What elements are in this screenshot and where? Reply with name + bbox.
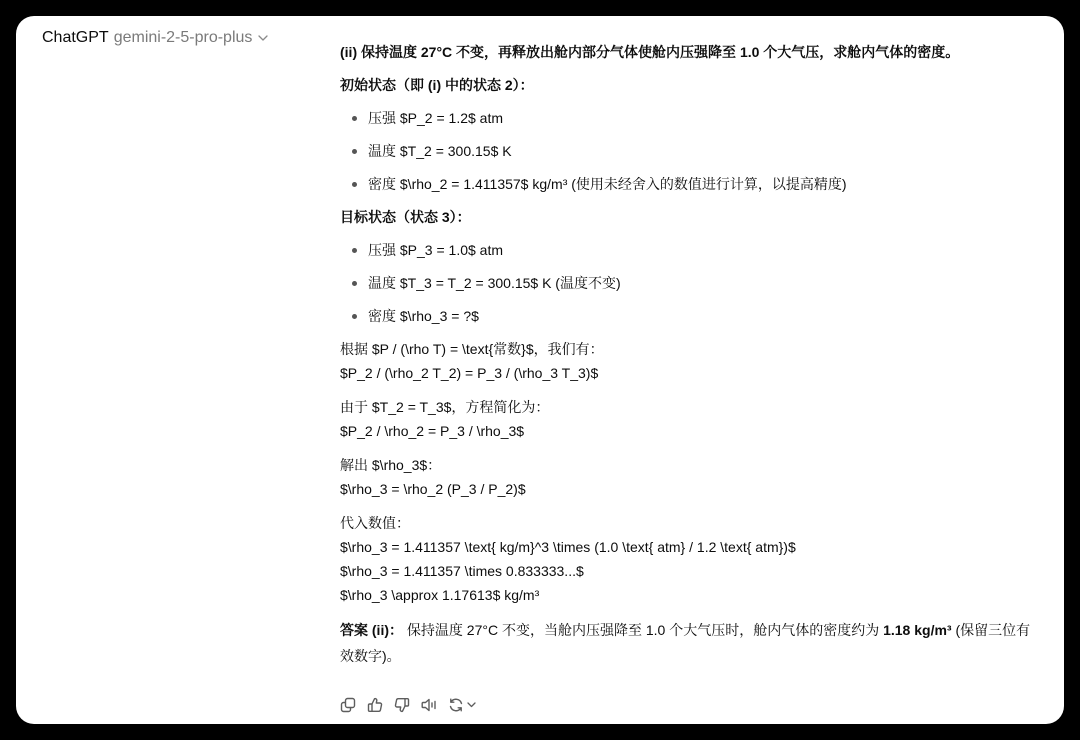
chevron-down-icon <box>258 35 268 41</box>
initial-state-list: 压强 $P_2 = 1.2$ atm 温度 $T_2 = 300.15$ K 密… <box>340 106 1040 196</box>
refresh-icon <box>448 697 464 713</box>
chat-window: ChatGPT gemini-2-5-pro-plus (ii) 保持温度 27… <box>16 16 1064 724</box>
equation-line: $\rho_3 \approx 1.17613$ kg/m³ <box>340 583 1040 607</box>
paragraph-solve: 解出 $\rho_3$： $\rho_3 = \rho_2 (P_3 / P_2… <box>340 453 1040 501</box>
target-state-heading: 目标状态（状态 3）： <box>340 205 1040 229</box>
model-name: gemini-2-5-pro-plus <box>114 29 253 47</box>
chevron-down-icon <box>467 702 476 708</box>
question-title: (ii) 保持温度 27°C 不变，再释放出舱内部分气体使舱内压强降至 1.0 … <box>340 40 1040 64</box>
model-selector[interactable]: ChatGPT gemini-2-5-pro-plus <box>42 27 268 49</box>
list-item: 密度 $\rho_2 = 1.411357$ kg/m³ (使用未经舍入的数值进… <box>340 172 1040 196</box>
text-line: 代入数值： <box>340 511 1040 535</box>
text-line: 根据 $P / (\rho T) = \text{常数}$，我们有： <box>340 337 1040 361</box>
list-item: 压强 $P_3 = 1.0$ atm <box>340 238 1040 262</box>
answer-label: 答案 (ii)： <box>340 622 403 638</box>
app-name: ChatGPT <box>42 29 109 47</box>
answer-paragraph: 答案 (ii)： 保持温度 27°C 不变，当舱内压强降至 1.0 个大气压时，… <box>340 617 1040 669</box>
assistant-message: (ii) 保持温度 27°C 不变，再释放出舱内部分气体使舱内压强降至 1.0 … <box>340 40 1040 683</box>
equation-line: $\rho_3 = \rho_2 (P_3 / P_2)$ <box>340 477 1040 501</box>
read-aloud-button[interactable] <box>421 695 448 715</box>
copy-button[interactable] <box>340 695 367 715</box>
text-line: 由于 $T_2 = T_3$，方程简化为： <box>340 395 1040 419</box>
list-item: 温度 $T_3 = T_2 = 300.15$ K (温度不变) <box>340 271 1040 295</box>
equation-line: $P_2 / (\rho_2 T_2) = P_3 / (\rho_3 T_3)… <box>340 361 1040 385</box>
target-state-list: 压强 $P_3 = 1.0$ atm 温度 $T_3 = T_2 = 300.1… <box>340 238 1040 328</box>
paragraph-substitute: 代入数值： $\rho_3 = 1.411357 \text{ kg/m}^3 … <box>340 511 1040 607</box>
equation-line: $\rho_3 = 1.411357 \text{ kg/m}^3 \times… <box>340 535 1040 559</box>
equation-line: $\rho_3 = 1.411357 \times 0.833333...$ <box>340 559 1040 583</box>
text-line: 解出 $\rho_3$： <box>340 453 1040 477</box>
answer-text: 保持温度 27°C 不变，当舱内压强降至 1.0 个大气压时，舱内气体的密度约为 <box>403 622 883 638</box>
paragraph-relation: 根据 $P / (\rho T) = \text{常数}$，我们有： $P_2 … <box>340 337 1040 385</box>
thumbs-up-button[interactable] <box>367 695 394 715</box>
answer-value: 1.18 kg/m³ <box>883 622 951 638</box>
regenerate-button[interactable] <box>448 695 484 715</box>
list-item: 压强 $P_2 = 1.2$ atm <box>340 106 1040 130</box>
speaker-icon <box>421 697 439 713</box>
copy-icon <box>340 697 356 713</box>
thumbs-down-button[interactable] <box>394 695 421 715</box>
thumbs-up-icon <box>367 697 383 713</box>
paragraph-simplify: 由于 $T_2 = T_3$，方程简化为： $P_2 / \rho_2 = P_… <box>340 395 1040 443</box>
message-actions <box>340 695 484 715</box>
initial-state-heading: 初始状态（即 (i) 中的状态 2）： <box>340 73 1040 97</box>
list-item: 温度 $T_2 = 300.15$ K <box>340 139 1040 163</box>
equation-line: $P_2 / \rho_2 = P_3 / \rho_3$ <box>340 419 1040 443</box>
thumbs-down-icon <box>394 697 410 713</box>
list-item: 密度 $\rho_3 = ?$ <box>340 304 1040 328</box>
